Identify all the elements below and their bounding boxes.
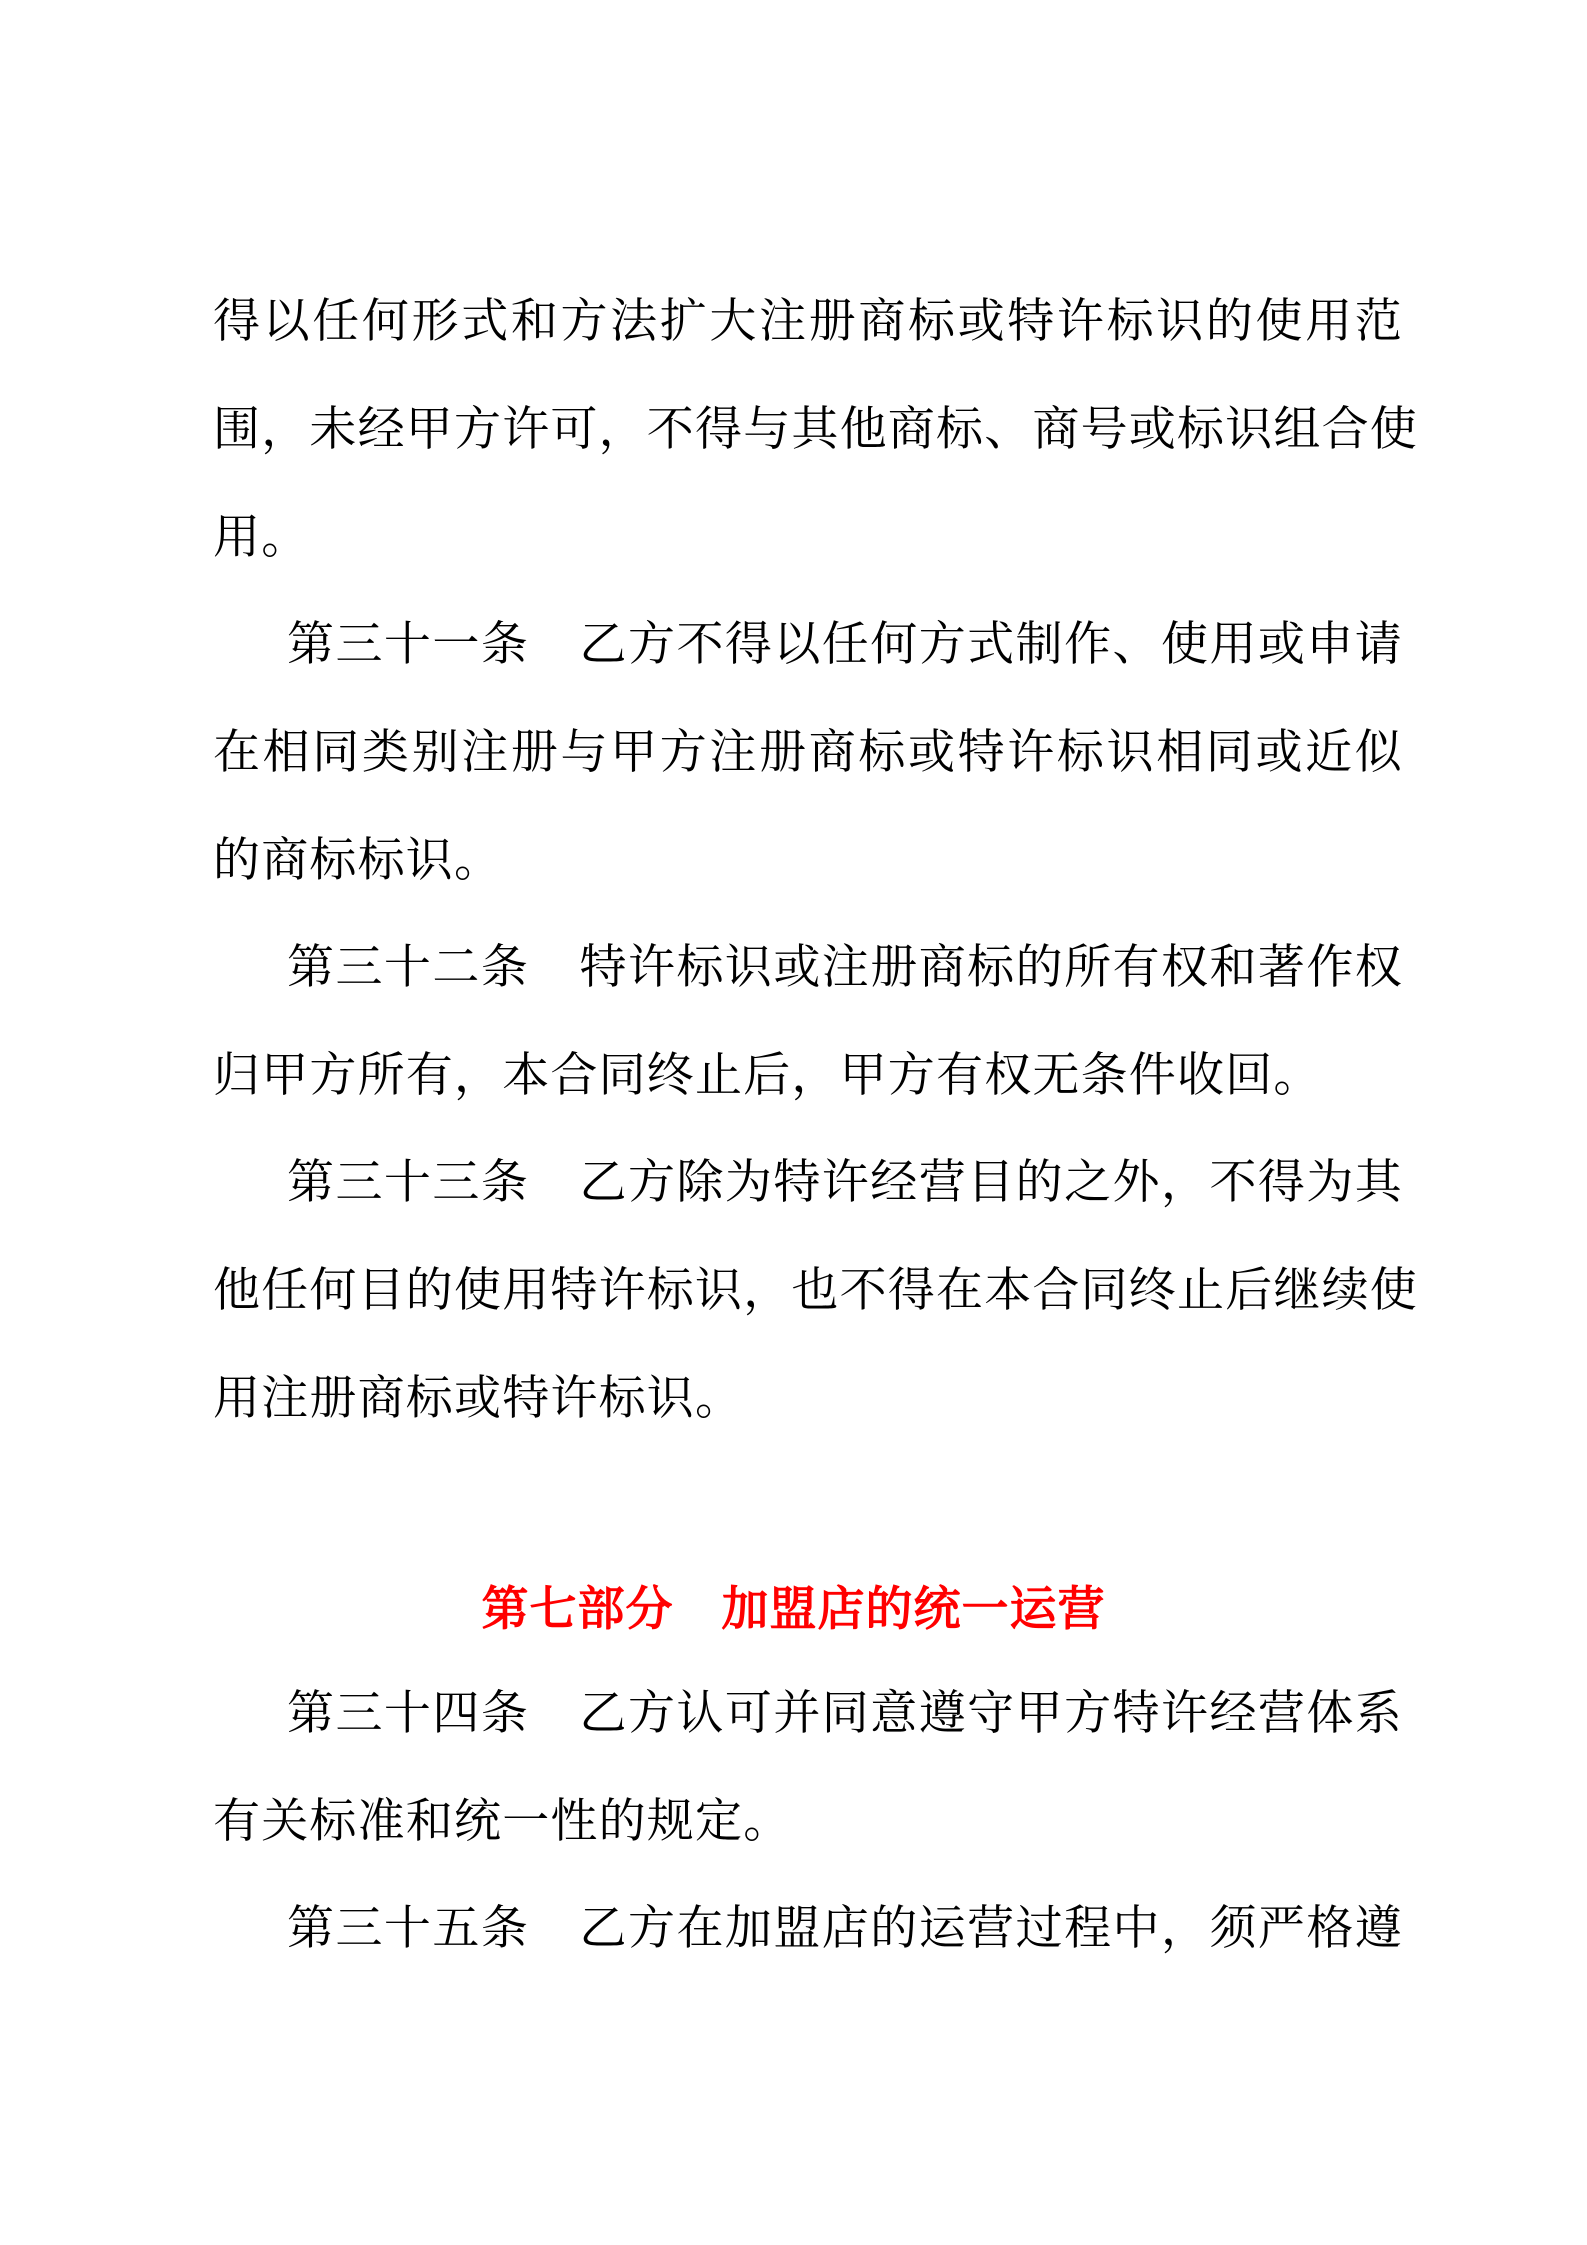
section-heading: 第七部分加盟店的统一运营 bbox=[0, 1580, 1587, 1640]
text-line: 在相同类别注册与甲方注册商标或特许标识相同或近似 bbox=[213, 723, 1403, 783]
text-line: 归甲方所有，本合同终止后，甲方有权无条件收回。 bbox=[213, 1046, 1403, 1106]
text-line: 围，未经甲方许可，不得与其他商标、商号或标识组合使 bbox=[213, 400, 1403, 460]
section-part-label: 第七部分 bbox=[482, 1582, 674, 1637]
article-number: 第三十一条 bbox=[287, 617, 529, 672]
article-number: 第三十二条 bbox=[287, 940, 529, 995]
text-line: 有关标准和统一性的规定。 bbox=[213, 1792, 1403, 1852]
article-text: 乙方在加盟店的运营过程中，须严格遵 bbox=[579, 1901, 1403, 1956]
text-line: 用注册商标或特许标识。 bbox=[213, 1369, 1403, 1429]
text-line: 用。 bbox=[213, 508, 1403, 568]
document-page: 得以任何形式和方法扩大注册商标或特许标识的使用范 围，未经甲方许可，不得与其他商… bbox=[0, 0, 1587, 2245]
text-line: 他任何目的使用特许标识，也不得在本合同终止后继续使 bbox=[213, 1261, 1403, 1321]
article-first-line: 第三十一条乙方不得以任何方式制作、使用或申请 bbox=[287, 615, 1403, 675]
text-line: 得以任何形式和方法扩大注册商标或特许标识的使用范 bbox=[213, 292, 1403, 352]
article-first-line: 第三十四条乙方认可并同意遵守甲方特许经营体系 bbox=[287, 1684, 1403, 1744]
article-text: 乙方除为特许经营目的之外，不得为其 bbox=[579, 1155, 1403, 1210]
text-line: 的商标标识。 bbox=[213, 831, 1403, 891]
article-text: 特许标识或注册商标的所有权和著作权 bbox=[579, 940, 1403, 995]
article-text: 乙方不得以任何方式制作、使用或申请 bbox=[579, 617, 1403, 672]
article-first-line: 第三十二条特许标识或注册商标的所有权和著作权 bbox=[287, 938, 1403, 998]
article-text: 乙方认可并同意遵守甲方特许经营体系 bbox=[579, 1686, 1403, 1741]
article-number: 第三十五条 bbox=[287, 1901, 529, 1956]
article-number: 第三十三条 bbox=[287, 1155, 529, 1210]
article-number: 第三十四条 bbox=[287, 1686, 529, 1741]
article-first-line: 第三十五条乙方在加盟店的运营过程中，须严格遵 bbox=[287, 1899, 1403, 1959]
section-title: 加盟店的统一运营 bbox=[722, 1582, 1106, 1637]
article-first-line: 第三十三条乙方除为特许经营目的之外，不得为其 bbox=[287, 1153, 1403, 1213]
